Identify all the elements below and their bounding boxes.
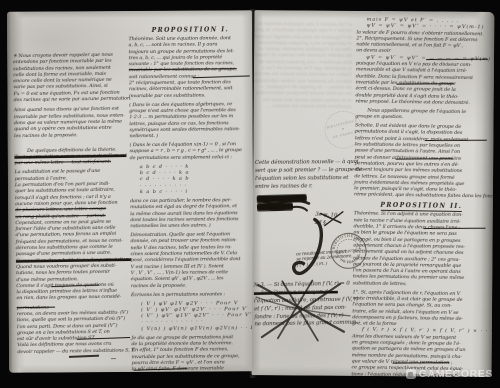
- margin-note-4: permutations —rerons, on devra avoir les…: [17, 304, 133, 355]
- margin-end-dash: [69, 355, 99, 358]
- manuscript-page-left: ✳ Nous croyons devoir rappeler que nouse…: [7, 10, 254, 372]
- handwritten-line: rationnelles les unes des autres. ): [130, 223, 254, 229]
- handwritten-line: b c d · · · · k a: [130, 170, 254, 176]
- left-page-margin-column: ✳ Nous croyons devoir rappeler que nouse…: [13, 53, 132, 357]
- margin-note-1: ✳ Nous croyons devoir rappeler que nouse…: [13, 53, 129, 104]
- handwritten-line: devoir rappeler — du reste des substitut…: [17, 348, 132, 355]
- handwritten-line: mémoire raturé ici: [257, 196, 317, 203]
- scribbled-out-lines: mémoire raturé icimots illisibles: [257, 196, 317, 211]
- faint-stamp-bottom-text: DE FRANCE: [332, 129, 357, 140]
- ink-showthrough-text: si l'on adjoint à une équation donnée la…: [260, 22, 353, 111]
- handwritten-line: par une même lettre — tout satisfaisant.: [14, 160, 129, 167]
- prop1-body-1: Théorème. Soit une équation donnée, dont…: [128, 36, 253, 161]
- fragment-lines: 3e ψ. 102d §.: [314, 213, 355, 229]
- handwritten-line: k a b c · · · · i: [130, 189, 254, 195]
- handwritten-line: racines de la proposée.: [131, 283, 254, 289]
- margin-note-3: La substitution est le passage d'uneperm…: [15, 169, 132, 302]
- handwritten-line: № 3. — Si dans l'équation f (V, r) = 0: [254, 282, 358, 289]
- prop2-body-1: Théorème. Si l'on adjoint à une équation…: [352, 212, 489, 329]
- right-page-formula-note: № 3. — Si dans l'équation f (V, r) = 0— …: [254, 282, 359, 331]
- handwritten-line: nellement. ): [129, 133, 253, 139]
- handwritten-line: rème précédent, que des substitutions fa…: [354, 193, 489, 200]
- margin-annotation-1: Cette démonstration nouvelle — à quoiser…: [255, 160, 355, 190]
- handwritten-line: Écrivons les n permutations suivantes :: [131, 292, 254, 298]
- left-page-main-column: PROPOSITION I. Théorème. Soit une équati…: [128, 26, 254, 373]
- handwritten-line: l'équation selon les substitutions et: [255, 176, 355, 182]
- handwritten-line: a b c d · · · · k: [130, 164, 254, 170]
- prop1-body-2: dans ce cas particulier, le nombre des p…: [130, 198, 254, 298]
- handwritten-line: Cette démonstration nouvelle — à quoi: [255, 160, 355, 166]
- gamecores-logo-icon: [406, 369, 416, 379]
- right-page-scribbled-words: mémoire raturé icimots illisibles: [257, 196, 317, 213]
- prop1-permutation-table-1: a b c d · · · · kb c d · · · · k ac d · …: [130, 164, 254, 195]
- right-page-main-column: mais F = ψV et F′ = . . . . .ψV = ψV′ = …: [351, 17, 491, 377]
- prop1-body-3: Je dis que ce groupe de permutations jou…: [131, 335, 254, 373]
- handwritten-line: 2d §.: [314, 220, 354, 228]
- handwritten-line: groupe en question.: [355, 115, 490, 122]
- handwritten-line: entre les racines de r.: [255, 184, 355, 190]
- handwritten-line: ne donnera pas le plus grand commun.: [254, 321, 358, 328]
- handwritten-line: ( V(n) ) φV(n) φ1V(n) φ2V(n) · · Pour V(…: [131, 326, 254, 332]
- right-page-fragments: 3e ψ. 102d §.: [314, 213, 355, 231]
- manuscript-page-right: si l'on adjoint à une équation donnée la…: [252, 10, 495, 377]
- watermark: GAMECORES: [406, 368, 493, 380]
- handwritten-line: de permutations sera simplement celui-ci…: [130, 155, 254, 161]
- handwritten-line: sert que p soit premier ? — le groupe de: [255, 168, 355, 174]
- handwritten-line: mots illisibles: [257, 203, 317, 210]
- prop1-continuation-body: mais F = ψV et F′ = . . . . .ψV = ψV′ = …: [354, 17, 492, 199]
- margin-end-dot: [111, 358, 116, 359]
- margin-note-2: Ainsi quand nous disons qu'une fonction …: [14, 107, 129, 139]
- proposition-1-heading: PROPOSITION I.: [128, 26, 252, 34]
- manuscript-photo: ✳ Nous croyons devoir rappeler que nouse…: [0, 0, 500, 388]
- handwritten-line: c d · · · · k a b: [130, 176, 254, 182]
- handwritten-line: · · · · · · · · · ·: [130, 183, 254, 189]
- watermark-text: GAMECORES: [419, 368, 493, 380]
- right-page-margin-annotation: Cette démonstration nouvelle — à quoiser…: [255, 160, 355, 193]
- handwritten-line: substitution de lettres.: [353, 281, 488, 288]
- handwritten-line: rème proposé. Le théorème est donc démon…: [355, 99, 490, 106]
- prop1-permutation-table-2: ( V ) φV φ1V φ2V · · · Pour V( V′ ) φV′ …: [131, 301, 254, 332]
- ghost-lines: si l'on adjoint à une équation donnée la…: [260, 22, 353, 110]
- handwritten-line: équation. Soient φV , φ1V , φ2V , ... le…: [131, 276, 254, 282]
- proposition-2-heading: PROPOSITION II.: [354, 202, 489, 211]
- handwritten-line: équations dont toutes les racines ...: [260, 104, 352, 110]
- margin-definitions-heading: De quelques définitions de la théorie.To…: [14, 147, 129, 166]
- crossed-formula-note: № 3. — Si dans l'équation f (V, r) = 0— …: [254, 282, 359, 329]
- handwritten-line: invariable par ces substitutions.: [129, 93, 253, 99]
